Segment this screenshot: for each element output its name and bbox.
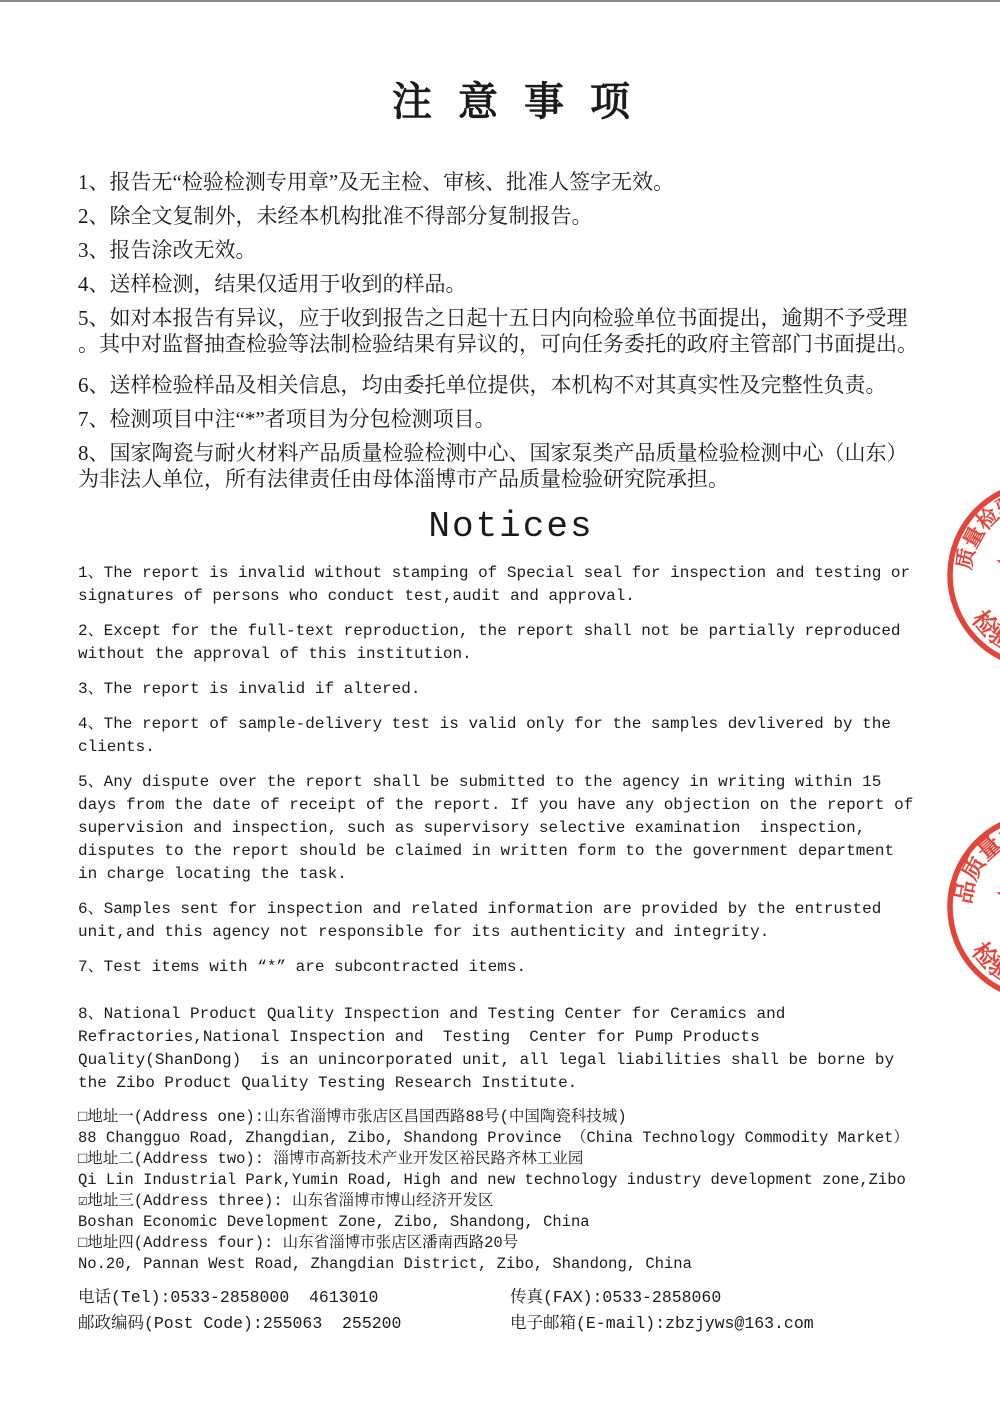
english-notice-item: 1、The report is invalid without stamping…	[78, 562, 944, 608]
contact-row: 邮政编码(Post Code):255063 255200 电子邮箱(E-mai…	[78, 1311, 944, 1337]
page-content: 注意事项 1、报告无“检验检测专用章”及无主检、审核、批准人签字无效。2、除全文…	[0, 0, 1000, 1337]
english-notice-item: 7、Test items with “*” are subcontracted …	[78, 956, 944, 979]
red-seal-stamp-lower: 品质量检验检测 检验检测专用章	[942, 802, 1000, 1012]
post-code-line: 邮政编码(Post Code):255063 255200	[78, 1311, 510, 1337]
english-notices-list: 1、The report is invalid without stamping…	[78, 562, 944, 1095]
chinese-notice-item: 3、报告涂改无效。	[78, 237, 944, 263]
english-notice-item: 6、Samples sent for inspection and relate…	[78, 898, 944, 944]
chinese-notice-item: 2、除全文复制外，未经本机构批准不得部分复制报告。	[78, 203, 944, 229]
chinese-notices-list: 1、报告无“检验检测专用章”及无主检、审核、批准人签字无效。2、除全文复制外，未…	[78, 169, 944, 492]
address-line-en: 88 Changguo Road, Zhangdian, Zibo, Shand…	[78, 1128, 944, 1149]
star-icon	[996, 859, 1000, 946]
english-title: Notices	[78, 506, 944, 547]
chinese-notice-item: 5、如对本报告有异议，应于收到报告之日起十五日内向检验单位书面提出，逾期不予受理…	[78, 305, 944, 357]
contact-info: 电话(Tel):0533-2858000 4613010 传真(FAX):053…	[78, 1285, 944, 1337]
english-notice-item: 5、Any dispute over the report shall be s…	[78, 771, 944, 886]
english-notice-item: 4、The report of sample-delivery test is …	[78, 713, 944, 759]
address-line-cn: □地址二(Address two): 淄博市高新技术产业开发区裕民路齐林工业园	[78, 1149, 944, 1170]
chinese-notice-item: 4、送样检测，结果仅适用于收到的样品。	[78, 271, 944, 297]
address-line-cn: □地址四(Address four): 山东省淄博市张店区潘南西路20号	[78, 1233, 944, 1254]
english-notice-item: 3、The report is invalid if altered.	[78, 678, 944, 701]
chinese-notice-item: 8、国家陶瓷与耐火材料产品质量检验检测中心、国家泵类产品质量检验检测中心（山东）…	[78, 440, 944, 492]
star-icon	[996, 527, 1000, 614]
email-line: 电子邮箱(E-mail):zbzjyws@163.com	[510, 1311, 814, 1337]
address-line-en: Qi Lin Industrial Park,Yumin Road, High …	[78, 1170, 944, 1191]
address-list: □地址一(Address one):山东省淄博市张店区昌国西路88号(中国陶瓷科…	[78, 1107, 944, 1275]
english-notice-item: 2、Except for the full-text reproduction,…	[78, 620, 944, 666]
chinese-notice-item: 1、报告无“检验检测专用章”及无主检、审核、批准人签字无效。	[78, 169, 944, 195]
tel-line: 电话(Tel):0533-2858000 4613010	[78, 1285, 510, 1311]
address-line-en: No.20, Pannan West Road, Zhangdian Distr…	[78, 1254, 944, 1275]
address-line-en: Boshan Economic Development Zone, Zibo, …	[78, 1212, 944, 1233]
chinese-title: 注意事项	[78, 70, 944, 127]
address-line-cn: ☑地址三(Address three): 山东省淄博市博山经济开发区	[78, 1191, 944, 1212]
chinese-notice-item: 6、送样检验样品及相关信息，均由委托单位提供，本机构不对其真实性及完整性负责。	[78, 372, 944, 398]
chinese-notice-item: 7、检测项目中注“*”者项目为分包检测项目。	[78, 406, 944, 432]
contact-row: 电话(Tel):0533-2858000 4613010 传真(FAX):053…	[78, 1285, 944, 1311]
scan-edge-line	[0, 0, 1000, 2]
fax-line: 传真(FAX):0533-2858060	[510, 1285, 721, 1311]
address-line-cn: □地址一(Address one):山东省淄博市张店区昌国西路88号(中国陶瓷科…	[78, 1107, 944, 1128]
red-seal-stamp-upper: 质量检验检测中心 检验检测专用章	[942, 470, 1000, 680]
document-page: 注意事项 1、报告无“检验检测专用章”及无主检、审核、批准人签字无效。2、除全文…	[0, 0, 1000, 1414]
english-notice-item: 8、National Product Quality Inspection an…	[78, 1003, 944, 1095]
